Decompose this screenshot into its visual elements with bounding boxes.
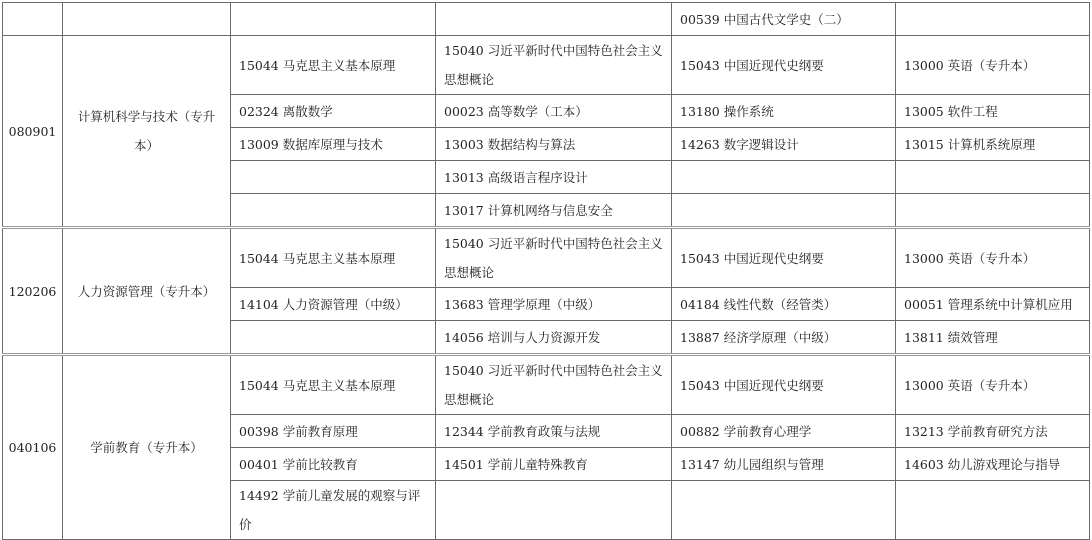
course-cell: 14056 培训与人力资源开发 xyxy=(436,321,672,355)
course-table: 00539 中国古代文学史（二） 080901 计算机科学与技术（专升本） 15… xyxy=(2,2,1090,540)
course-cell xyxy=(896,161,1090,194)
course-cell: 00401 学前比较教育 xyxy=(231,448,436,481)
course-cell xyxy=(672,481,896,540)
course-cell xyxy=(436,3,672,36)
major-name: 学前教育（专升本） xyxy=(63,355,231,540)
course-cell: 00882 学前教育心理学 xyxy=(672,415,896,448)
course-cell: 00051 管理系统中计算机应用 xyxy=(896,288,1090,321)
course-cell: 04184 线性代数（经管类） xyxy=(672,288,896,321)
course-cell: 02324 离散数学 xyxy=(231,95,436,128)
course-cell: 13887 经济学原理（中级） xyxy=(672,321,896,355)
course-cell xyxy=(231,3,436,36)
course-cell xyxy=(231,194,436,228)
course-cell: 15043 中国近现代史纲要 xyxy=(672,228,896,288)
course-cell: 14501 学前儿童特殊教育 xyxy=(436,448,672,481)
course-cell xyxy=(672,161,896,194)
course-cell: 13147 幼儿园组织与管理 xyxy=(672,448,896,481)
major-code: 080901 xyxy=(3,36,63,228)
course-cell: 13213 学前教育研究方法 xyxy=(896,415,1090,448)
course-cell: 14263 数字逻辑设计 xyxy=(672,128,896,161)
course-cell: 15044 马克思主义基本原理 xyxy=(231,355,436,415)
table-row-partial: 00539 中国古代文学史（二） xyxy=(3,3,1090,36)
major-code: 040106 xyxy=(3,355,63,540)
course-cell: 13180 操作系统 xyxy=(672,95,896,128)
course-cell xyxy=(231,321,436,355)
course-cell: 15040 习近平新时代中国特色社会主义思想概论 xyxy=(436,228,672,288)
course-cell: 13013 高级语言程序设计 xyxy=(436,161,672,194)
course-cell: 00398 学前教育原理 xyxy=(231,415,436,448)
course-cell: 13017 计算机网络与信息安全 xyxy=(436,194,672,228)
course-cell: 13000 英语（专升本） xyxy=(896,228,1090,288)
course-cell: 13000 英语（专升本） xyxy=(896,36,1090,95)
course-cell: 15040 习近平新时代中国特色社会主义思想概论 xyxy=(436,355,672,415)
course-cell: 15040 习近平新时代中国特色社会主义思想概论 xyxy=(436,36,672,95)
course-cell: 15044 马克思主义基本原理 xyxy=(231,36,436,95)
course-cell: 13009 数据库原理与技术 xyxy=(231,128,436,161)
course-cell: 00023 高等数学（工本） xyxy=(436,95,672,128)
major-code: 120206 xyxy=(3,228,63,355)
course-cell: 13000 英语（专升本） xyxy=(896,355,1090,415)
course-cell xyxy=(672,194,896,228)
course-cell xyxy=(896,481,1090,540)
table-row: 120206 人力资源管理（专升本） 15044 马克思主义基本原理 15040… xyxy=(3,228,1090,288)
major-cell xyxy=(63,3,231,36)
course-cell xyxy=(896,194,1090,228)
course-cell: 14603 幼儿游戏理论与指导 xyxy=(896,448,1090,481)
code-cell xyxy=(3,3,63,36)
course-cell: 12344 学前教育政策与法规 xyxy=(436,415,672,448)
course-cell: 13003 数据结构与算法 xyxy=(436,128,672,161)
table-row: 040106 学前教育（专升本） 15044 马克思主义基本原理 15040 习… xyxy=(3,355,1090,415)
major-name: 计算机科学与技术（专升本） xyxy=(63,36,231,228)
course-cell: 13683 管理学原理（中级） xyxy=(436,288,672,321)
course-cell xyxy=(436,481,672,540)
course-cell: 15044 马克思主义基本原理 xyxy=(231,228,436,288)
table-row: 080901 计算机科学与技术（专升本） 15044 马克思主义基本原理 150… xyxy=(3,36,1090,95)
major-name: 人力资源管理（专升本） xyxy=(63,228,231,355)
course-cell: 13005 软件工程 xyxy=(896,95,1090,128)
course-cell xyxy=(231,161,436,194)
course-cell: 13015 计算机系统原理 xyxy=(896,128,1090,161)
course-cell: 15043 中国近现代史纲要 xyxy=(672,36,896,95)
course-cell: 15043 中国近现代史纲要 xyxy=(672,355,896,415)
course-cell: 13811 绩效管理 xyxy=(896,321,1090,355)
course-cell: 14492 学前儿童发展的观察与评价 xyxy=(231,481,436,540)
course-cell: 00539 中国古代文学史（二） xyxy=(672,3,896,36)
course-cell xyxy=(896,3,1090,36)
course-cell: 14104 人力资源管理（中级） xyxy=(231,288,436,321)
